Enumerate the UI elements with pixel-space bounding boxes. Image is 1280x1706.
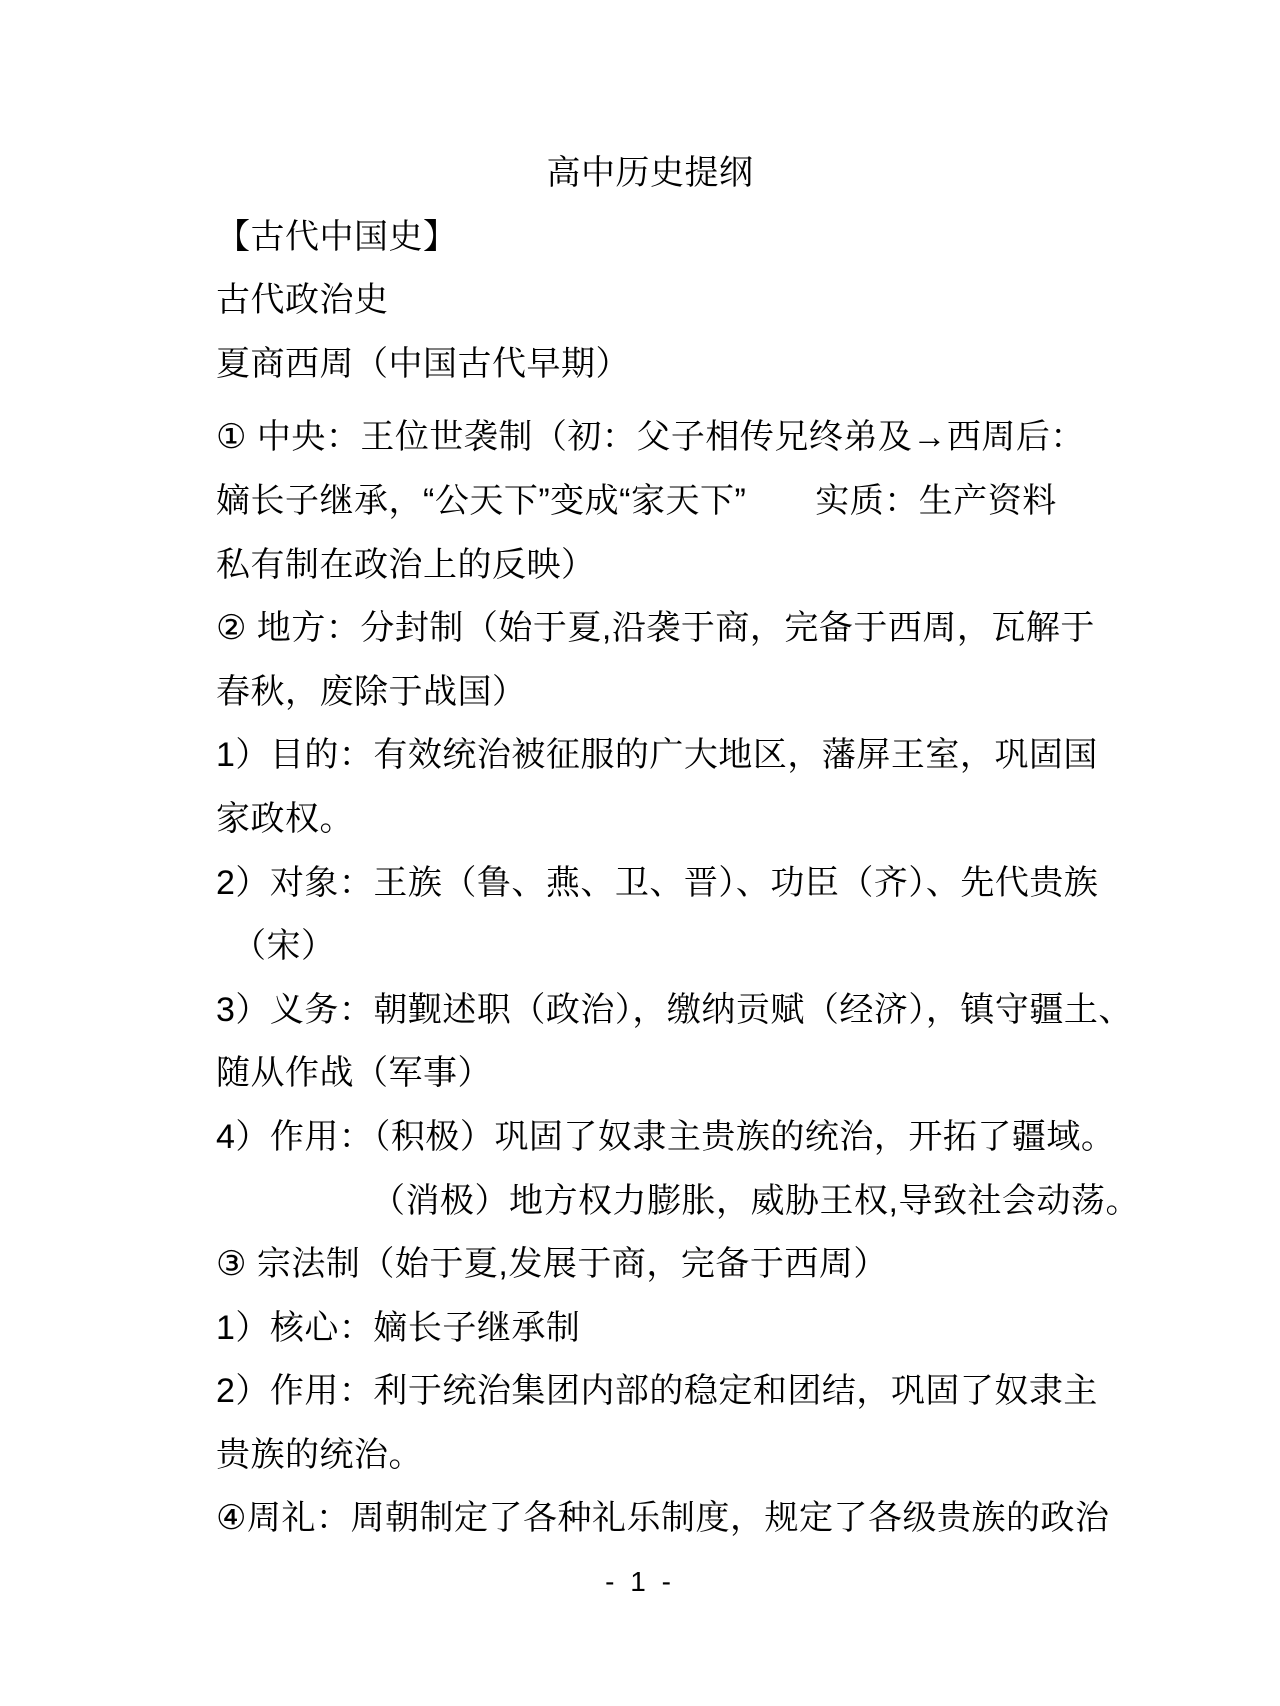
outline-line-obligations-cont: 随从作战（军事） [216,1042,1084,1106]
outline-line-effects-negative: （消极）地方权力膨胀，威胁王权,导致社会动荡。 [216,1170,1084,1234]
outline-line-fengjian-system: ② 地方：分封制（始于夏,沿袭于商，完备于西周，瓦解于 [216,597,1084,661]
document-body: 高中历史提纲 【古代中国史】 古代政治史 夏商西周（中国古代早期） ① 中央：王… [216,142,1084,1551]
outline-line-purpose: 1）目的：有效统治被征服的广大地区，藩屏王室，巩固国 [216,724,1084,788]
section-heading-ancient-china: 【古代中国史】 [216,206,1084,270]
outline-line-zongfa-system: ③ 宗法制（始于夏,发展于商，完备于西周） [216,1233,1084,1297]
outline-line-obligations: 3）义务：朝觐述职（政治），缴纳贡赋（经济），镇守疆土、 [216,979,1084,1043]
outline-line-purpose-cont: 家政权。 [216,788,1084,852]
document-page: 高中历史提纲 【古代中国史】 古代政治史 夏商西周（中国古代早期） ① 中央：王… [0,0,1280,1706]
outline-line-fengjian-cont: 春秋，废除于战国） [216,661,1084,725]
topic-xia-shang-western-zhou: 夏商西周（中国古代早期） [216,333,1084,397]
subsection-ancient-political-history: 古代政治史 [216,269,1084,333]
document-title: 高中历史提纲 [216,142,1084,206]
outline-line-zhou-rites: ④周礼：周朝制定了各种礼乐制度，规定了各级贵族的政治 [216,1487,1084,1551]
outline-line-targets-cont: （宋） [216,915,1084,979]
outline-line-effects-positive: 4）作用：（积极）巩固了奴隶主贵族的统治，开拓了疆域。 [216,1106,1084,1170]
outline-line-central-system: ① 中央：王位世袭制（初：父子相传兄终弟及→西周后： [216,406,1084,470]
outline-line-zongfa-effect-cont: 贵族的统治。 [216,1424,1084,1488]
outline-line-targets: 2）对象：王族（鲁、燕、卫、晋）、功臣（齐）、先代贵族 [216,852,1084,916]
outline-line-succession: 嫡长子继承，“公天下”变成“家天下” 实质：生产资料 [216,470,1084,534]
outline-line-succession-cont: 私有制在政治上的反映） [216,534,1084,598]
outline-line-zongfa-effect: 2）作用：利于统治集团内部的稳定和团结，巩固了奴隶主 [216,1360,1084,1424]
page-number: - 1 - [0,1560,1280,1604]
outline-line-zongfa-core: 1）核心：嫡长子继承制 [216,1297,1084,1361]
